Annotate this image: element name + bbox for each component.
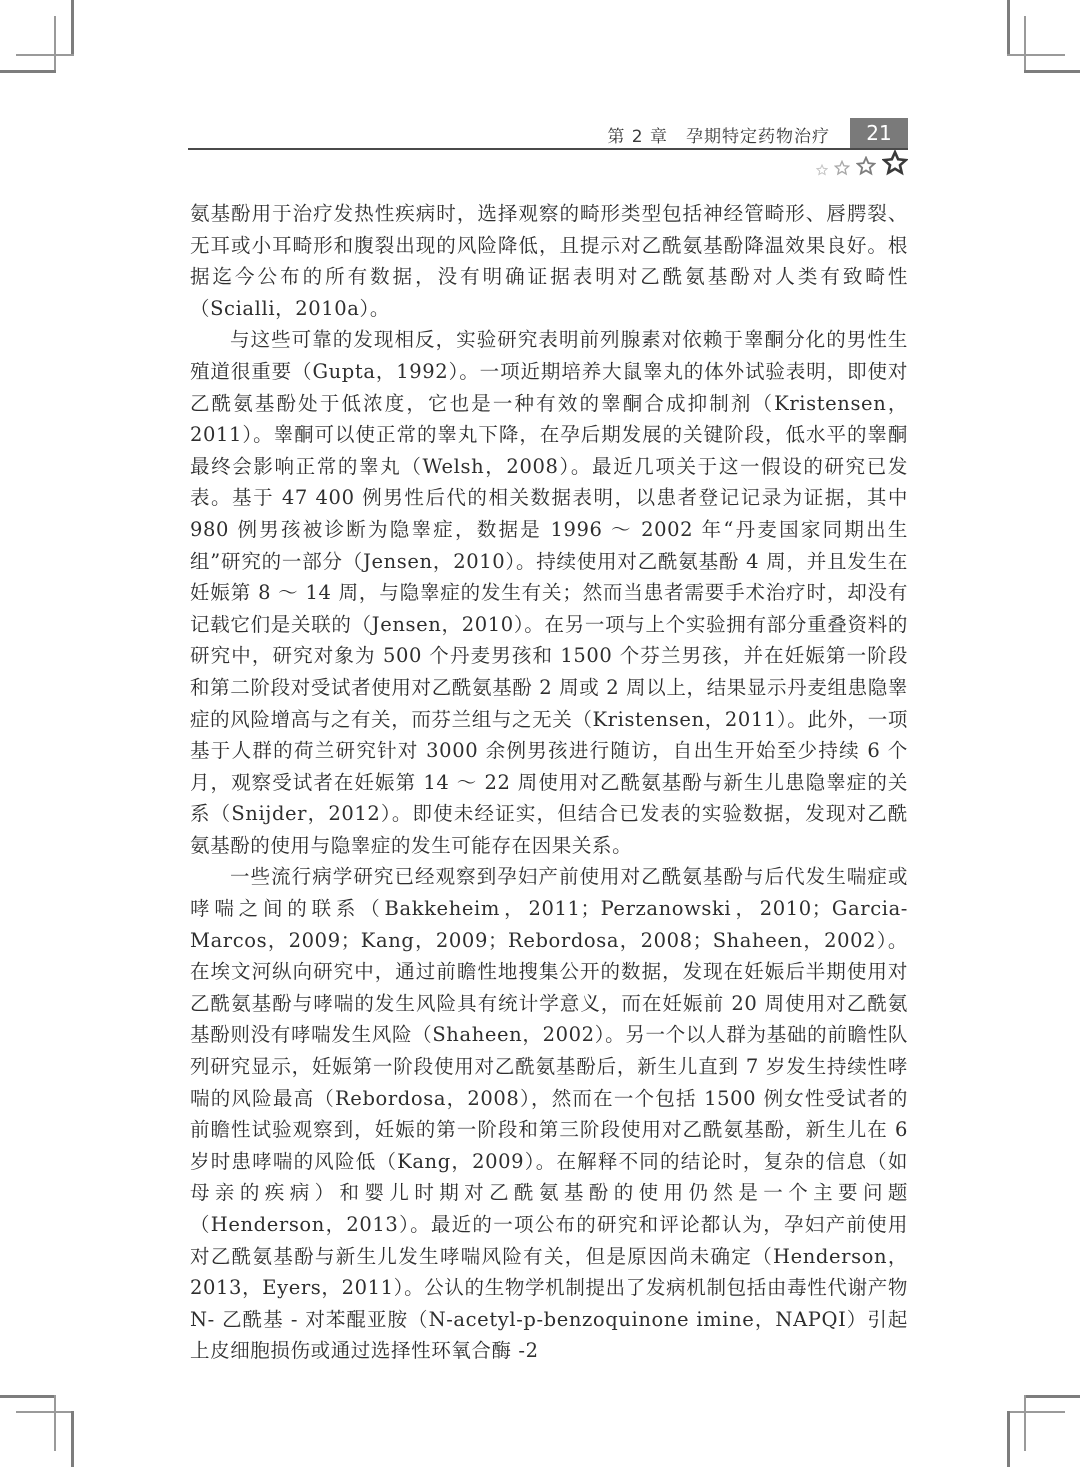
- chapter-title: 第 2 章 孕期特定药物治疗: [607, 122, 830, 147]
- star-icon: [882, 150, 908, 176]
- star-icon: [816, 164, 828, 176]
- running-header: 第 2 章 孕期特定药物治疗 21: [188, 118, 908, 150]
- star-icon: [834, 160, 850, 176]
- header-rule: [188, 148, 908, 150]
- paragraph-continued: 氨基酚用于治疗发热性疾病时，选择观察的畸形类型包括神经管畸形、唇腭裂、无耳或小耳…: [190, 198, 908, 324]
- paragraph-cryptorchidism: 与这些可靠的发现相反，实验研究表明前列腺素对依赖于睾酮分化的男性生殖道很重要（G…: [190, 324, 908, 861]
- paragraph-asthma: 一些流行病学研究已经观察到孕妇产前使用对乙酰氨基酚与后代发生喘症或哮喘之间的联系…: [190, 861, 908, 1367]
- page-number: 21: [850, 118, 908, 148]
- star-icon: [856, 156, 876, 176]
- difficulty-stars: [816, 150, 908, 176]
- body-text: 氨基酚用于治疗发热性疾病时，选择观察的畸形类型包括神经管畸形、唇腭裂、无耳或小耳…: [190, 198, 908, 1367]
